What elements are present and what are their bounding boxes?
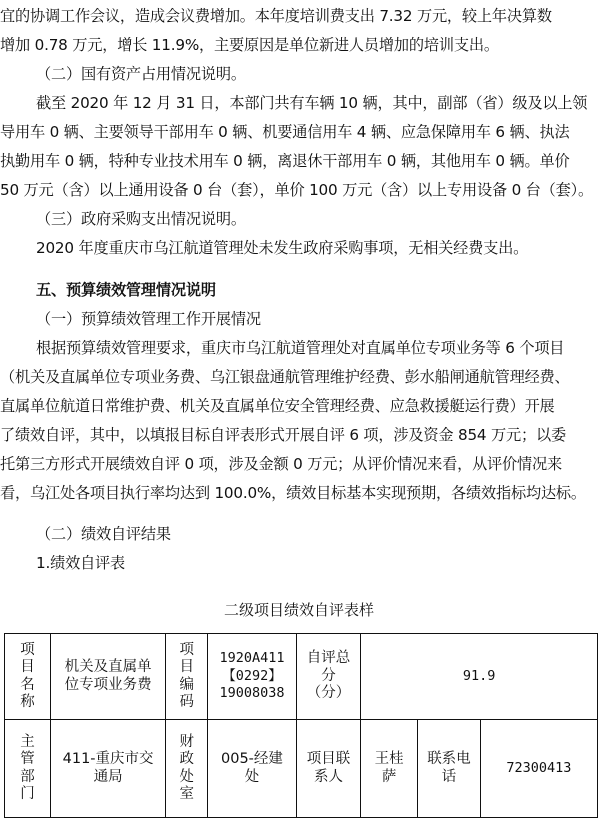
project-code-label: 项目编码 <box>166 634 208 720</box>
paragraph-line: （一）预算绩效管理工作开展情况 <box>36 309 598 329</box>
table-row: 主管部门 411-重庆市交通局 财政处室 005-经建处 项目联系人 王桂萨 联… <box>5 720 598 818</box>
table-row: 项目名称 机关及直属单位专项业务费 项目编码 1920A411 【0292】 1… <box>5 634 598 720</box>
paragraph-line: （二）绩效自评结果 <box>36 524 598 544</box>
paragraph-line: 50 万元（含）以上通用设备 0 台（套），单价 100 万元（含）以上专用设备… <box>0 180 598 200</box>
paragraph-line: 托第三方形式开展绩效自评 0 项，涉及金额 0 万元；从评价情况来看，从评价情况… <box>0 454 598 474</box>
phone-value: 72300413 <box>480 720 597 818</box>
project-name-label: 项目名称 <box>5 634 51 720</box>
score-value: 91.9 <box>361 634 598 720</box>
project-code-part-3: 19008038 <box>210 685 294 703</box>
project-name-value: 机关及直属单位专项业务费 <box>50 634 165 720</box>
paragraph-line: 了绩效自评，其中，以填报目标自评表形式开展自评 6 项，涉及资金 854 万元；… <box>0 425 598 445</box>
paragraph-line: 导用车 0 辆、主要领导干部用车 0 辆、机要通信用车 4 辆、应急保障用车 6… <box>0 122 598 142</box>
project-code-part-2: 【0292】 <box>210 668 294 686</box>
paragraph-line: 宜的协调工作会议，造成会议费增加。本年度培训费支出 7.32 万元，较上年决算数 <box>0 6 598 26</box>
project-code-part-1: 1920A411 <box>210 650 294 668</box>
project-code-value: 1920A411 【0292】 19008038 <box>208 634 297 720</box>
paragraph-line: （二）国有资产占用情况说明。 <box>36 64 598 84</box>
paragraph-line: （三）政府采购支出情况说明。 <box>36 209 598 229</box>
performance-self-evaluation-table: 项目名称 机关及直属单位专项业务费 项目编码 1920A411 【0292】 1… <box>4 633 598 818</box>
finance-office-label: 财政处室 <box>166 720 208 818</box>
dept-label: 主管部门 <box>5 720 51 818</box>
finance-office-value: 005-经建处 <box>208 720 297 818</box>
dept-value: 411-重庆市交通局 <box>50 720 165 818</box>
contact-label: 项目联系人 <box>296 720 361 818</box>
paragraph-line: 直属单位航道日常维护费、机关及直属单位安全管理经费、应急救援艇运行费）开展 <box>0 396 598 416</box>
paragraph-line: 2020 年度重庆市乌江航道管理处未发生政府采购事项，无相关经费支出。 <box>36 238 598 258</box>
section-heading: 五、预算绩效管理情况说明 <box>36 280 598 300</box>
table-caption: 二级项目绩效自评表样 <box>0 600 598 620</box>
contact-value: 王桂萨 <box>361 720 418 818</box>
paragraph-line: 看，乌江处各项目执行率均达到 100.0%，绩效目标基本实现预期，各绩效指标均达… <box>0 483 598 503</box>
paragraph-line: 执勤用车 0 辆，特种专业技术用车 0 辆，离退休干部用车 0 辆，其他用车 0… <box>0 151 598 171</box>
score-label: 自评总分（分） <box>296 634 361 720</box>
paragraph-line: 增加 0.78 万元，增长 11.9%，主要原因是单位新进人员增加的培训支出。 <box>0 35 598 55</box>
paragraph-line: 截至 2020 年 12 月 31 日，本部门共有车辆 10 辆，其中，副部（省… <box>36 93 598 113</box>
paragraph-line: 根据预算绩效管理要求，重庆市乌江航道管理处对直属单位专项业务等 6 个项目 <box>36 338 598 358</box>
paragraph-line: 1.绩效自评表 <box>36 553 598 573</box>
paragraph-line: （机关及直属单位专项业务费、乌江银盘通航管理维护经费、彭水船闸通航管理经费、 <box>0 367 598 387</box>
phone-label: 联系电话 <box>418 720 481 818</box>
